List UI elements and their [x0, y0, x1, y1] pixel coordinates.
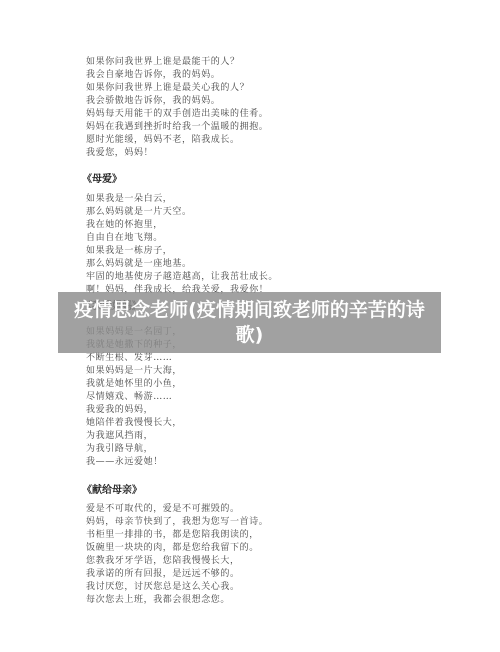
poem-line: 我爱您，妈妈！ — [86, 147, 268, 160]
poem-title-mother-love: 《母爱》 — [82, 173, 122, 187]
intro-poem: 如果你问我世界上谁是最能干的人？ 我会自豪地告诉你，我的妈妈。 如果你问我世界上… — [86, 56, 268, 160]
poem-line: 为我遮风挡雨， — [86, 430, 182, 443]
poem-line: 那么妈妈就是一片天空。 — [86, 206, 278, 219]
poem-line: 我会自豪地告诉你，我的妈妈。 — [86, 69, 268, 82]
poem-line: 如果我是一朵白云， — [86, 193, 278, 206]
poem-line: 我就是她怀里的小鱼， — [86, 378, 182, 391]
poem-line: 您教我牙牙学语，您陪我慢慢长大， — [86, 555, 268, 568]
poem-line: 每次您去上班，我都会很想念您。 — [86, 594, 268, 607]
poem-line: 如果你问我世界上谁是最能干的人？ — [86, 56, 268, 69]
poem-line: 自由自在地飞翔。 — [86, 232, 278, 245]
poem-line: 那么妈妈就是一座地基。 — [86, 258, 278, 271]
poem-line: 我会骄傲地告诉你，我的妈妈。 — [86, 95, 268, 108]
poem-line: 妈妈在我遇到挫折时给我一个温暖的拥抱。 — [86, 121, 268, 134]
title-overlay-banner: 疫情思念老师(疫情期间致老师的辛苦的诗歌) — [58, 292, 441, 353]
poem-line: 爱是不可取代的，爱是不可摧毁的。 — [86, 503, 268, 516]
poem-line: 我——永远爱她！ — [86, 456, 182, 469]
document-page: 如果你问我世界上谁是最能干的人？ 我会自豪地告诉你，我的妈妈。 如果你问我世界上… — [0, 0, 500, 652]
poem-line: 我讨厌您，讨厌您总是这么关心我。 — [86, 581, 268, 594]
overlay-title: 疫情思念老师(疫情期间致老师的辛苦的诗歌) — [62, 298, 437, 348]
poem-line: 我在她的怀抱里， — [86, 219, 278, 232]
poem-line: 不断生根、发芽…… — [86, 352, 182, 365]
poem-line: 愿时光能缓，妈妈不老，陪我成长。 — [86, 134, 268, 147]
poem-mother-love: 如果我是一朵白云， 那么妈妈就是一片天空。 我在她的怀抱里， 自由自在地飞翔。 … — [86, 193, 278, 297]
poem-line: 妈妈，母亲节快到了，我想为您写一首诗。 — [86, 516, 268, 529]
poem-line: 我承诺的所有回报，是远远不够的。 — [86, 568, 268, 581]
poem-line: 如果妈妈是一片大海， — [86, 365, 182, 378]
poem-line: 她陪伴着我慢慢长大， — [86, 417, 182, 430]
poem-for-mother: 爱是不可取代的，爱是不可摧毁的。 妈妈，母亲节快到了，我想为您写一首诗。 书柜里… — [86, 503, 268, 607]
poem-line: 饭碗里一块块的肉，都是您给我留下的。 — [86, 542, 268, 555]
poem-line: 书柜里一排排的书，都是您陪我朗读的， — [86, 529, 268, 542]
poem-line: 牢固的地基使房子越造越高，让我茁壮成长。 — [86, 271, 278, 284]
poem-title-for-mother: 《献给母亲》 — [82, 484, 142, 498]
poem-line: 为我引路导航， — [86, 443, 182, 456]
poem-line: 如果你问我世界上谁是最关心我的人？ — [86, 82, 268, 95]
poem-line: 如果我是一栋房子， — [86, 245, 278, 258]
poem-line: 尽情嬉戏、畅游…… — [86, 391, 182, 404]
poem-line: 妈妈每天用能干的双手创造出美味的佳肴。 — [86, 108, 268, 121]
poem-line: 我爱我的妈妈， — [86, 404, 182, 417]
